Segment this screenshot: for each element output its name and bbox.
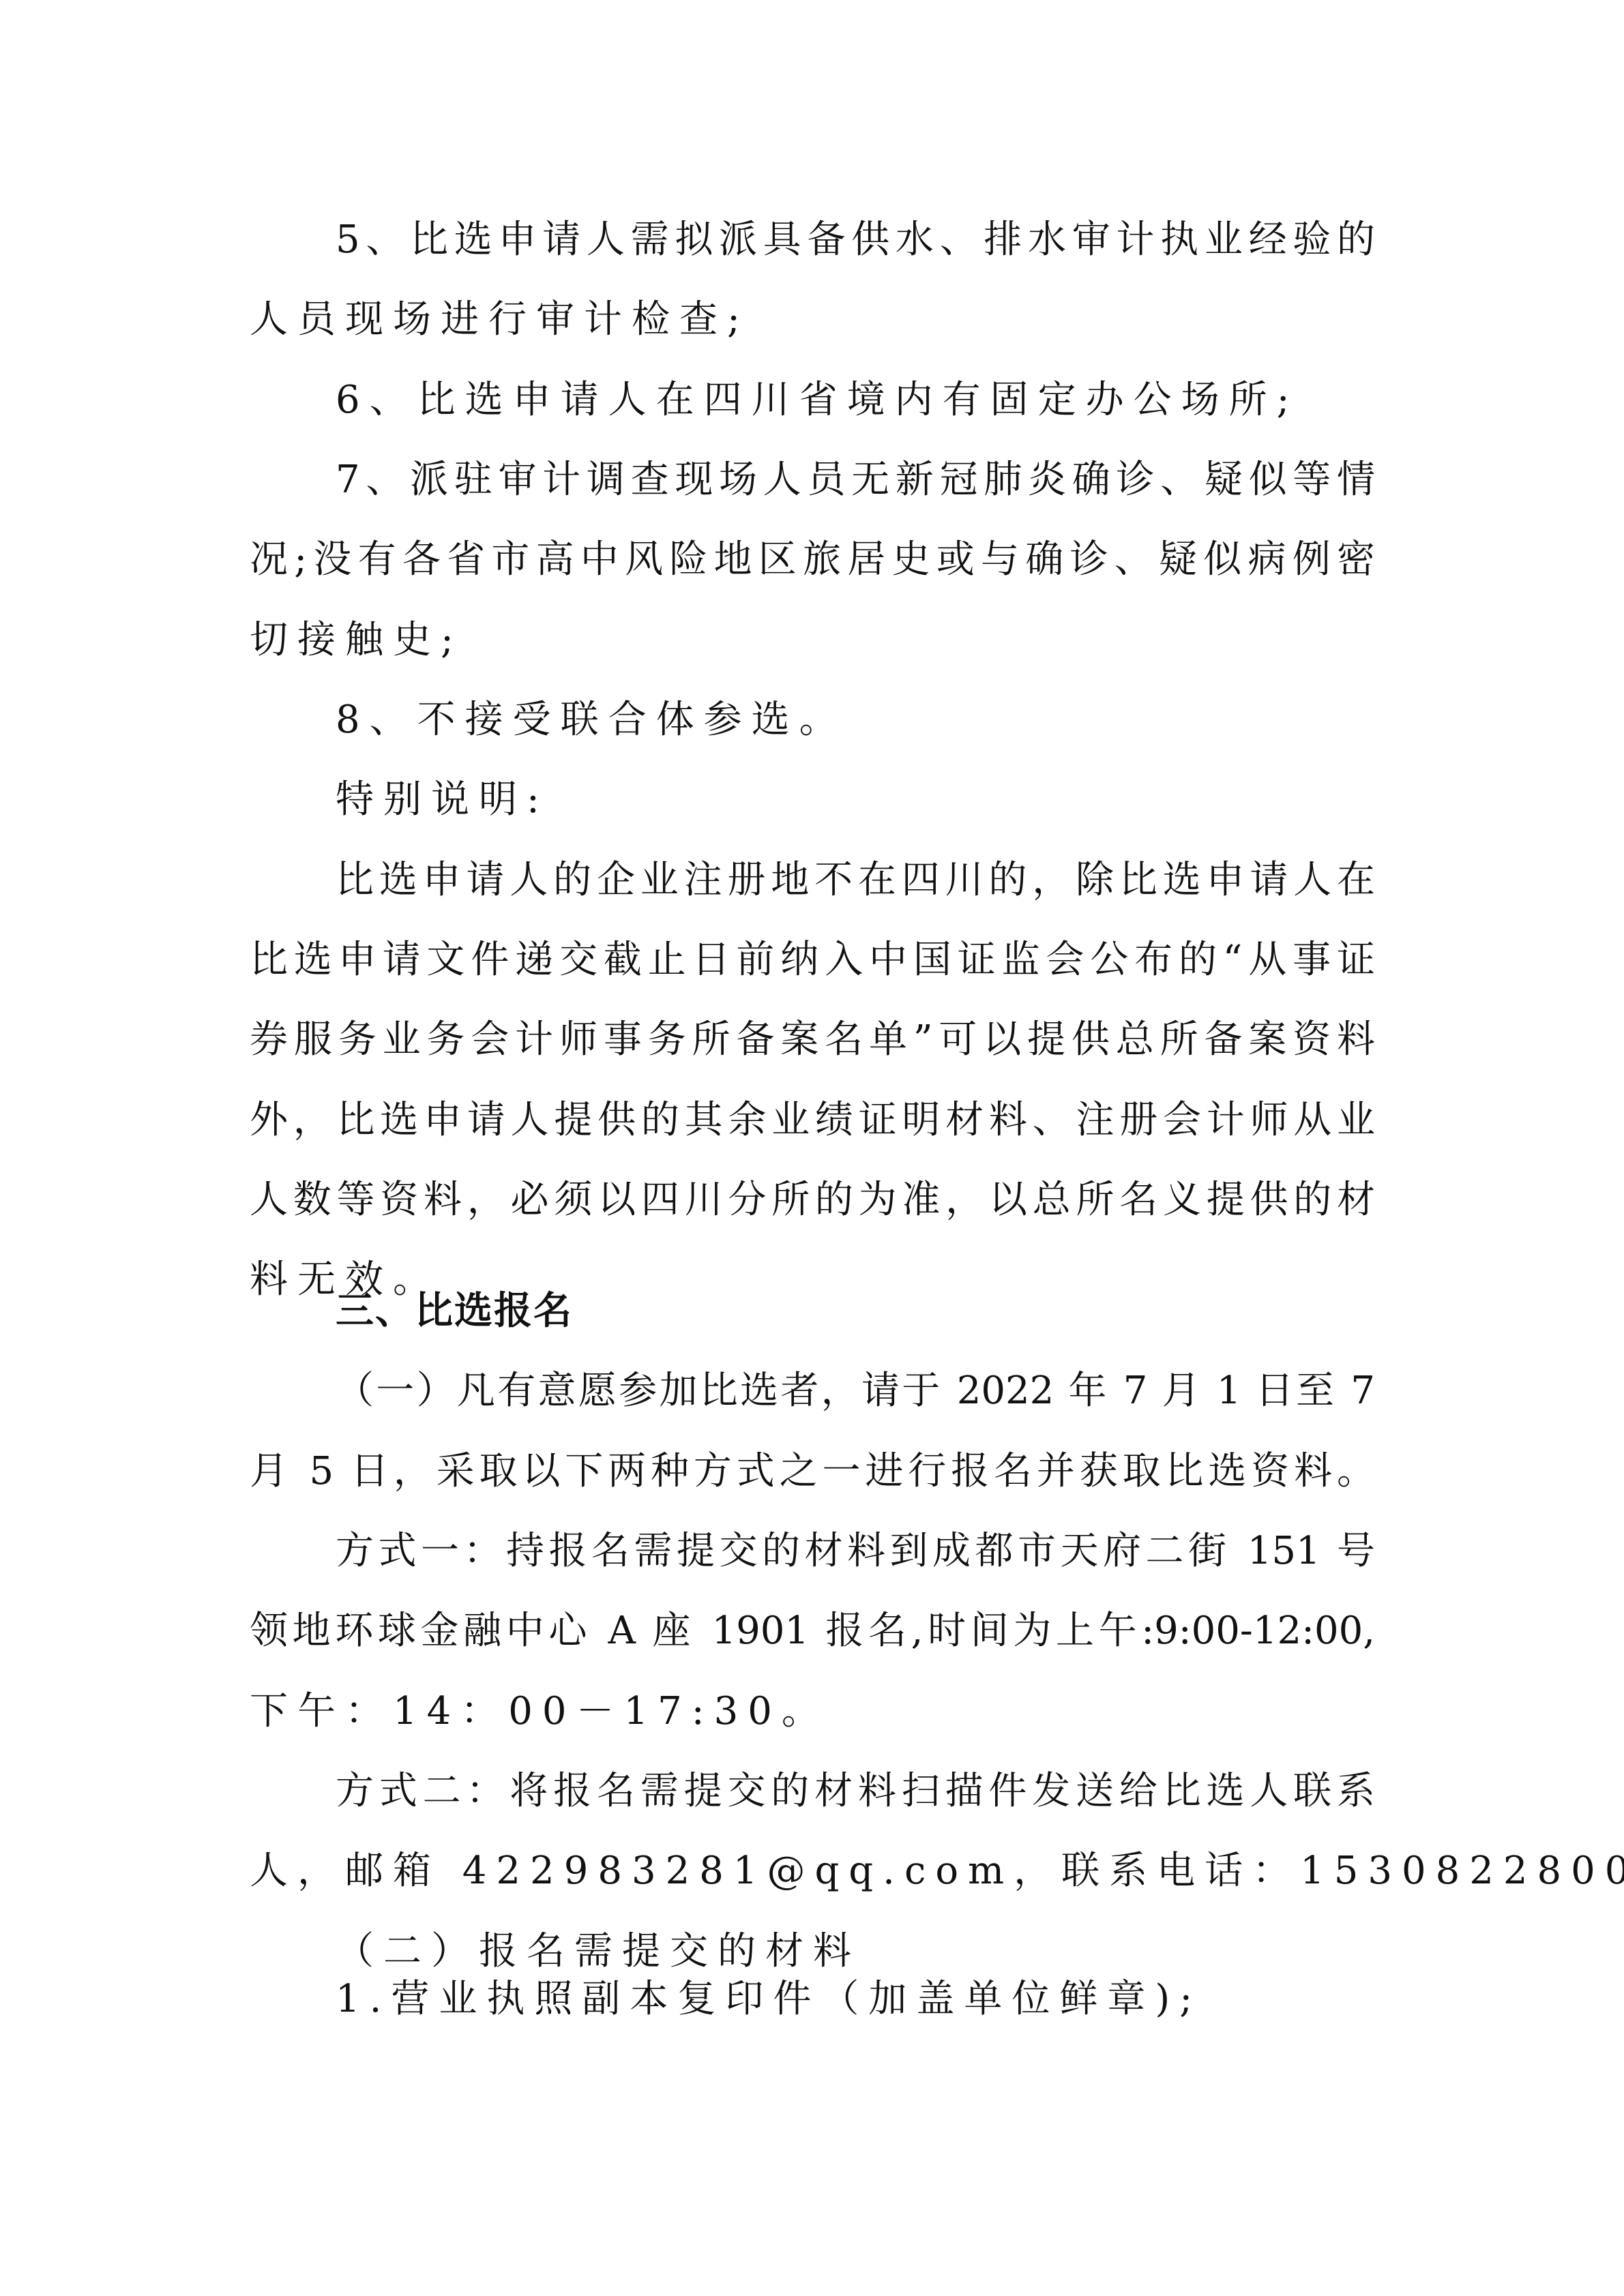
material-item-1: 1.营业执照副本复印件（加盖单位鲜章); (336, 1972, 1375, 2027)
special-note-line-2: 比选申请文件递交截止日前纳入中国证监会公布的“从事证 (250, 933, 1375, 987)
requirement-6: 6、比选申请人在四川省境内有固定办公场所; (336, 373, 1375, 428)
method-2-line-1: 方式二：将报名需提交的材料扫描件发送给比选人联系 (336, 1764, 1375, 1819)
section-3-heading: 三、比选报名 (336, 1284, 1375, 1339)
special-note-line-1: 比选申请人的企业注册地不在四川的，除比选申请人在 (336, 853, 1375, 908)
special-note-line-5: 人数等资料，必须以四川分所的为准，以总所名义提供的材 (250, 1173, 1375, 1227)
requirement-8: 8、不接受联合体参选。 (336, 693, 1375, 747)
method-1-line-3: 下午：14：00－17:30。 (250, 1684, 1375, 1739)
requirement-7-line-3: 切接触史; (250, 613, 1375, 668)
requirement-7-line-1: 7、派驻审计调查现场人员无新冠肺炎确诊、疑似等情 (336, 453, 1375, 507)
registration-period-line-2: 月 5 日，采取以下两种方式之一进行报名并获取比选资料。 (250, 1444, 1375, 1499)
method-1-line-2: 领地环球金融中心 A 座 1901 报名,时间为上午:9:00-12:00, (250, 1604, 1375, 1658)
requirement-5-line-1: 5、比选申请人需拟派具备供水、排水审计执业经验的 (336, 213, 1375, 267)
registration-period-line-1: （一）凡有意愿参加比选者，请于 2022 年 7 月 1 日至 7 (336, 1364, 1375, 1418)
document-page: 5、比选申请人需拟派具备供水、排水审计执业经验的 人员现场进行审计检查; 6、比… (0, 0, 1624, 2296)
special-note-line-4: 外，比选申请人提供的其余业绩证明材料、注册会计师从业 (250, 1093, 1375, 1148)
method-1-line-1: 方式一：持报名需提交的材料到成都市天府二街 151 号 (336, 1524, 1375, 1579)
method-2-line-2: 人，邮箱 422983281@qq.com，联系电话：15308228003。 (250, 1844, 1375, 1898)
special-note-line-3: 券服务业务会计师事务所备案名单”可以提供总所备案资料 (250, 1013, 1375, 1067)
requirement-5-line-2: 人员现场进行审计检查; (250, 293, 1375, 347)
materials-subheading: （二）报名需提交的材料 (336, 1924, 1375, 1979)
requirement-7-line-2: 况;没有各省市高中风险地区旅居史或与确诊、疑似病例密 (250, 533, 1375, 587)
special-note-label: 特别说明: (336, 773, 1375, 827)
